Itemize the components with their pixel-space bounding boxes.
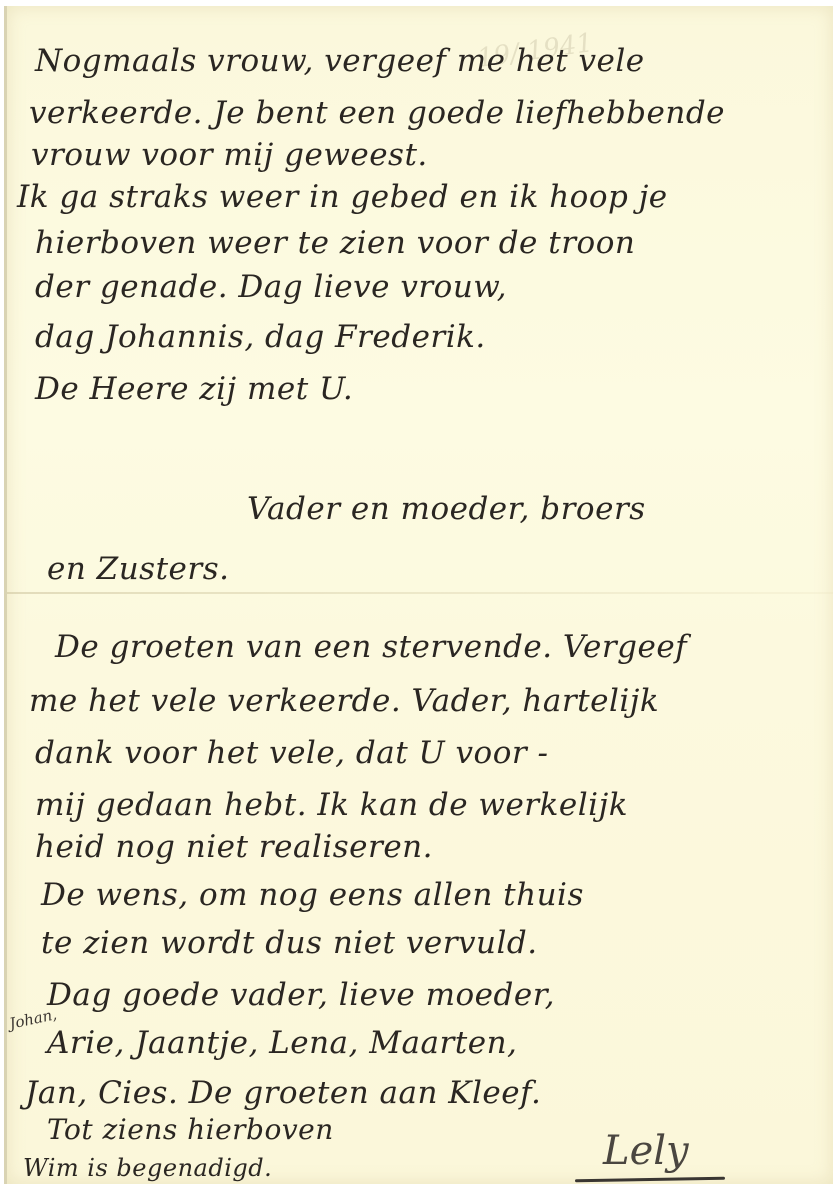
letter-line: dag Johannis, dag Frederik.: [35, 322, 486, 353]
letter-line: en Zusters.: [47, 554, 229, 585]
letter-line: verkeerde. Je bent een goede liefhebbend…: [29, 98, 725, 129]
letter-line: Ik ga straks weer in gebed en ik hoop je: [17, 182, 668, 213]
letter-line: Wim is begenadigd.: [23, 1156, 272, 1180]
letter-line: Arie, Jaantje, Lena, Maarten,: [47, 1028, 517, 1059]
letter-line: Jan, Cies. De groeten aan Kleef.: [25, 1078, 541, 1109]
letter-line: heid nog niet realiseren.: [35, 832, 433, 863]
letter-line: te zien wordt dus niet vervuld.: [41, 928, 538, 959]
letter-page: 19/ 1941 Nogmaals vrouw, vergeef me het …: [4, 6, 833, 1184]
letter-line: De wens, om nog eens allen thuis: [41, 880, 584, 911]
letter-line: Vader en moeder, broers: [247, 494, 646, 525]
letter-line: der genade. Dag lieve vrouw,: [35, 272, 507, 303]
signature-underline: [575, 1177, 725, 1183]
letter-line: De Heere zij met U.: [35, 374, 353, 405]
letter-line: mij gedaan hebt. Ik kan de werkelijk: [35, 790, 628, 821]
paper-fold-line: [7, 592, 833, 594]
letter-line: me het vele verkeerde. Vader, hartelijk: [29, 686, 659, 717]
letter-line: hierboven weer te zien voor de troon: [35, 228, 635, 259]
signature: Lely: [603, 1128, 689, 1174]
letter-line: De groeten van een stervende. Vergeef: [55, 632, 687, 663]
letter-line: Tot ziens hierboven: [47, 1116, 334, 1144]
letter-line: Nogmaals vrouw, vergeef me het vele: [35, 46, 645, 77]
letter-line: dank voor het vele, dat U voor -: [35, 738, 549, 769]
letter-line: vrouw voor mij geweest.: [31, 140, 428, 171]
letter-line: Dag goede vader, lieve moeder,: [47, 980, 555, 1011]
